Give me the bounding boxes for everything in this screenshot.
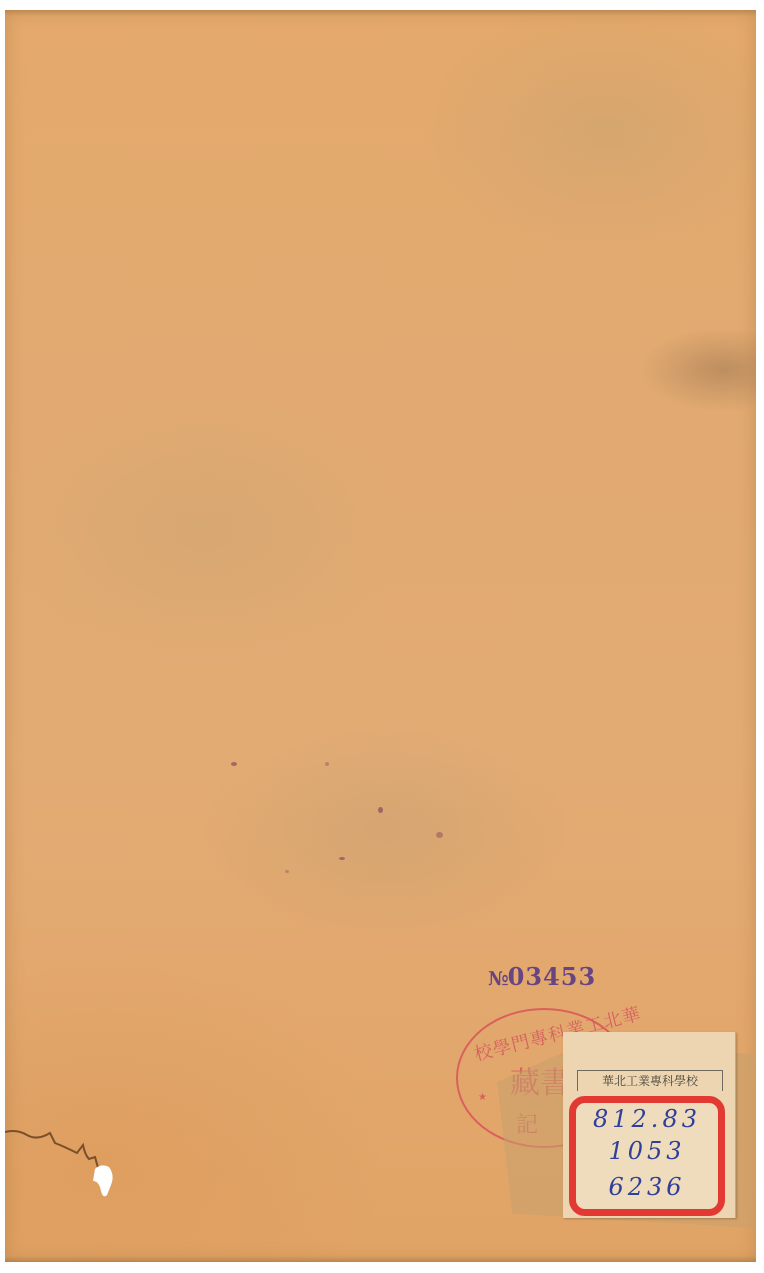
accession-number-stamp: №03453 bbox=[488, 962, 596, 991]
call-number-line-2: 1053 bbox=[576, 1137, 718, 1165]
call-number-line-3: 6236 bbox=[576, 1173, 718, 1201]
label-header: 華北工業專科學校 bbox=[577, 1070, 723, 1091]
ink-speck bbox=[378, 807, 383, 813]
ink-speck bbox=[325, 762, 329, 766]
accession-number: 03453 bbox=[508, 962, 597, 991]
ink-speck bbox=[231, 762, 237, 766]
ink-speck bbox=[285, 870, 289, 873]
call-number-frame: 812.83 1053 6236 bbox=[569, 1096, 725, 1216]
call-number-label: 華北工業專科學校 812.83 1053 6236 bbox=[563, 1032, 736, 1218]
ink-speck bbox=[436, 832, 443, 838]
call-number-line-1: 812.83 bbox=[576, 1105, 718, 1133]
paper-tear bbox=[5, 1125, 135, 1205]
stamp-star-icon: ★ bbox=[478, 1092, 487, 1103]
ink-speck bbox=[339, 857, 345, 860]
accession-prefix: № bbox=[488, 968, 508, 990]
